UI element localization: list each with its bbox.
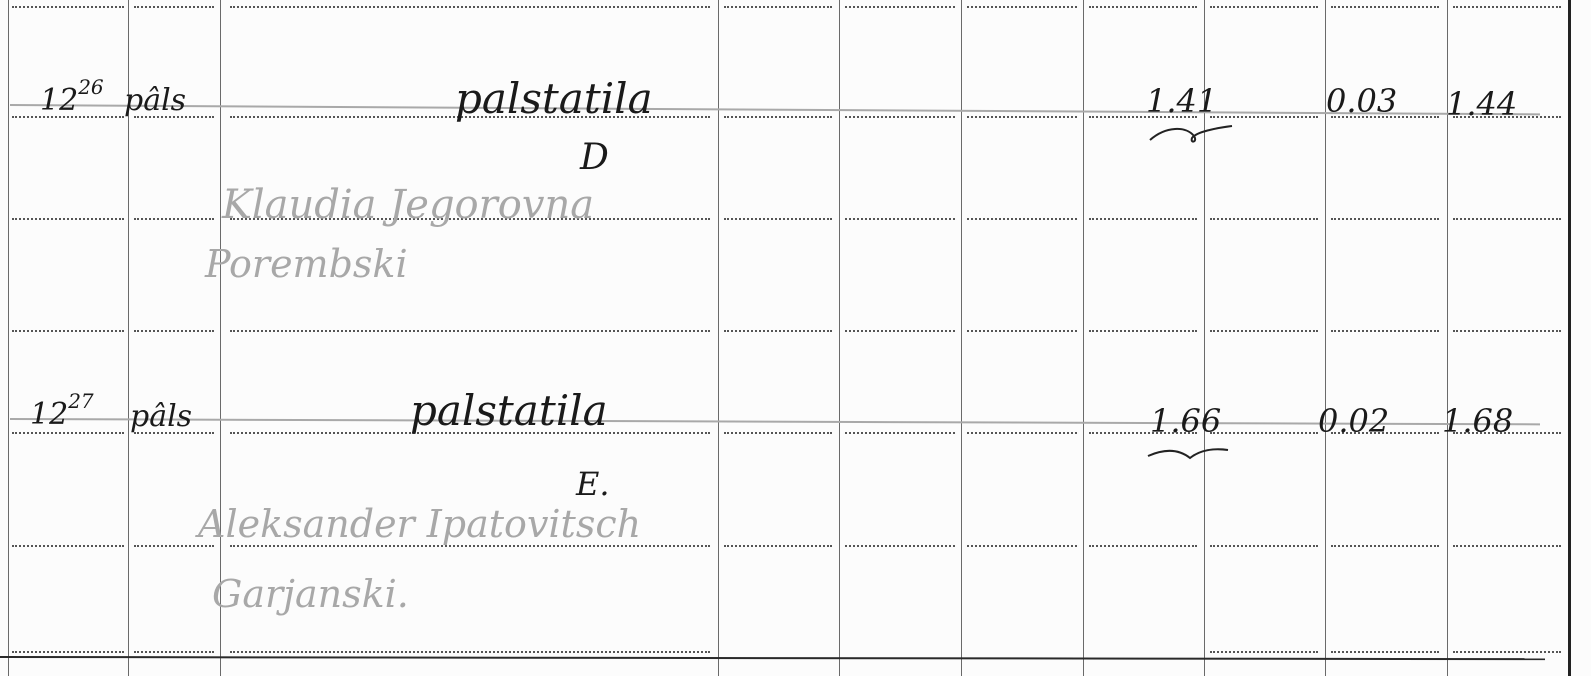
value-total: 1.44	[1446, 88, 1517, 120]
entry-letter: E.	[576, 468, 610, 500]
value-total: 1.68	[1442, 405, 1513, 437]
ledger-page: 1226 pâls palstatila D Klaudia Jegorovna…	[0, 0, 1591, 676]
column-divider	[1083, 0, 1084, 676]
entry-description: palstatila	[455, 78, 653, 120]
right-border	[1568, 0, 1571, 676]
column-divider	[961, 0, 962, 676]
column-divider	[8, 0, 9, 676]
entry-underline	[10, 104, 1540, 115]
value-addition: 0.02	[1318, 405, 1389, 437]
value-area: 1.41	[1146, 85, 1217, 117]
column-divider	[839, 0, 840, 676]
entry-unit: pâls	[130, 402, 192, 432]
entry-letter: D	[580, 140, 609, 176]
entry-number: 1227	[30, 400, 94, 430]
brace-mark	[1146, 118, 1236, 148]
owner-name-line2: Porembski	[205, 245, 408, 283]
value-addition: 0.03	[1326, 85, 1397, 117]
value-area: 1.66	[1150, 405, 1221, 437]
owner-name-line1: Klaudia Jegorovna	[222, 185, 594, 225]
entry-description: palstatila	[410, 390, 608, 432]
entry-underline	[10, 418, 1540, 425]
entry-number: 1226	[40, 86, 104, 116]
bottom-rule	[0, 656, 1545, 660]
column-divider	[718, 0, 719, 676]
entry-unit: pâls	[124, 86, 186, 116]
brace-mark	[1146, 444, 1236, 470]
owner-name-line1: Aleksander Ipatovitsch	[198, 505, 641, 543]
owner-name-line2: Garjanski.	[212, 575, 409, 613]
